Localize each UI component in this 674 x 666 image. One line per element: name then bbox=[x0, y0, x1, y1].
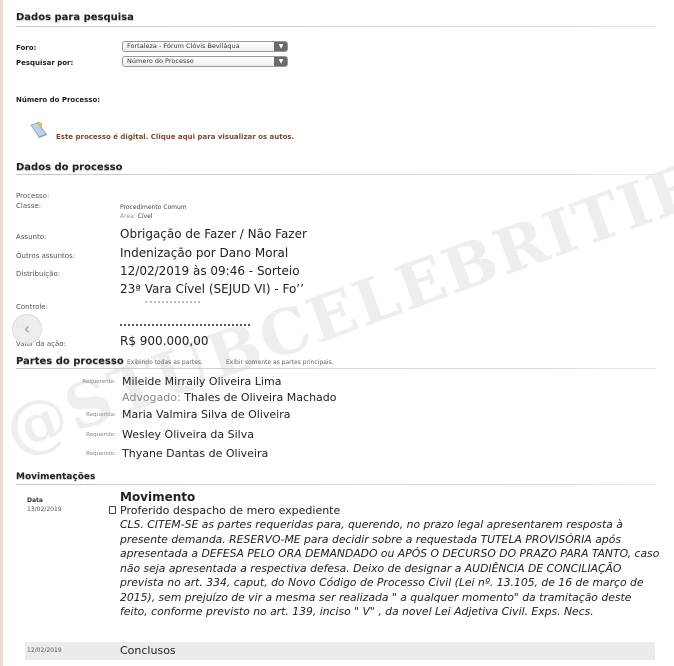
pesquisar-select[interactable]: Número do Processo ▼ bbox=[122, 56, 288, 67]
area-value: Cível bbox=[138, 213, 153, 220]
date-column-header: Data bbox=[27, 497, 43, 504]
assunto-value: Obrigação de Fazer / Não Fazer bbox=[120, 227, 307, 241]
party-role: Requerente: bbox=[56, 379, 116, 385]
movement-date: 13/02/2019 bbox=[27, 506, 62, 513]
movement-text: CLS. CITEM-SE as partes requeridas para,… bbox=[120, 518, 660, 620]
party-name: Mileide Mirraily Oliveira Lima bbox=[122, 375, 281, 388]
controle-label: Controle: bbox=[16, 303, 48, 311]
movement-title: Conclusos bbox=[120, 644, 176, 657]
controle-redacted bbox=[145, 301, 200, 304]
classe-value: Procedimento Comum bbox=[120, 204, 187, 211]
movements-section-rule bbox=[16, 484, 656, 485]
area-row: Área: Cível bbox=[120, 213, 153, 220]
lawyer-name: Thales de Oliveira Machado bbox=[184, 391, 336, 404]
vara-value: 23ª Vara Cível (SEJUD VI) - Fo’’ bbox=[120, 282, 304, 296]
party-name: Maria Valmira Silva de Oliveira bbox=[122, 408, 291, 421]
party-role: Requerida: bbox=[56, 412, 116, 418]
pesquisar-select-value: Número do Processo bbox=[127, 57, 194, 65]
numero-processo-label: Número do Processo: bbox=[16, 96, 100, 104]
lawyer-label: Advogado: bbox=[122, 391, 181, 404]
show-main-parties-link[interactable]: Exibir somente as partes principais. bbox=[226, 359, 334, 366]
parties-section-title: Partes do processo bbox=[16, 356, 124, 367]
search-section-title: Dados para pesquisa bbox=[16, 12, 134, 23]
outros-assuntos-label: Outros assuntos: bbox=[16, 252, 75, 260]
movements-section-title: Movimentações bbox=[16, 472, 95, 482]
digital-process-link[interactable]: Este processo é digital. Clique aqui par… bbox=[56, 133, 294, 141]
area-label: Área: bbox=[120, 213, 136, 220]
assunto-label: Assunto: bbox=[16, 233, 46, 241]
distribuicao-value: 12/02/2019 às 09:46 - Sorteio bbox=[120, 264, 300, 278]
parties-section-rule bbox=[16, 368, 656, 369]
pesquisar-label: Pesquisar por: bbox=[16, 59, 73, 67]
classe-label: Classe: bbox=[16, 202, 41, 210]
processo-label: Processo: bbox=[16, 192, 49, 200]
process-section-title: Dados do processo bbox=[16, 162, 122, 173]
party-name: Wesley Oliveira da Silva bbox=[122, 428, 254, 441]
party-role: Requerido: bbox=[56, 451, 116, 457]
chevron-down-icon[interactable]: ▼ bbox=[274, 56, 288, 67]
chevron-left-icon: ‹ bbox=[24, 319, 30, 338]
document-icon[interactable] bbox=[109, 506, 116, 514]
movement-date: 12/02/2019 bbox=[27, 647, 62, 654]
juiz-redacted bbox=[120, 324, 250, 327]
foro-label: Foro: bbox=[16, 44, 36, 52]
party-name: Thyane Dantas de Oliveira bbox=[122, 447, 268, 460]
chevron-down-icon[interactable]: ▼ bbox=[274, 41, 288, 52]
movement-column-header: Movimento bbox=[120, 490, 195, 504]
search-section-rule bbox=[16, 26, 656, 27]
movement-title: Proferido despacho de mero expediente bbox=[120, 504, 340, 517]
party-lawyer-row: Advogado: Thales de Oliveira Machado bbox=[122, 391, 337, 404]
foro-select[interactable]: Fortaleza - Fórum Clóvis Beviláqua ▼ bbox=[122, 41, 288, 52]
back-button[interactable]: ‹ bbox=[12, 314, 42, 344]
valor-acao-value: R$ 900.000,00 bbox=[120, 334, 209, 348]
folder-document-icon[interactable] bbox=[28, 120, 50, 142]
process-section-rule bbox=[16, 174, 656, 175]
distribuicao-label: Distribuição: bbox=[16, 270, 60, 278]
show-all-parties-link[interactable]: Exibindo todas as partes. bbox=[127, 359, 203, 366]
party-role: Requerido: bbox=[56, 432, 116, 438]
outros-assuntos-value: Indenização por Dano Moral bbox=[120, 246, 288, 260]
foro-select-value: Fortaleza - Fórum Clóvis Beviláqua bbox=[127, 42, 240, 50]
